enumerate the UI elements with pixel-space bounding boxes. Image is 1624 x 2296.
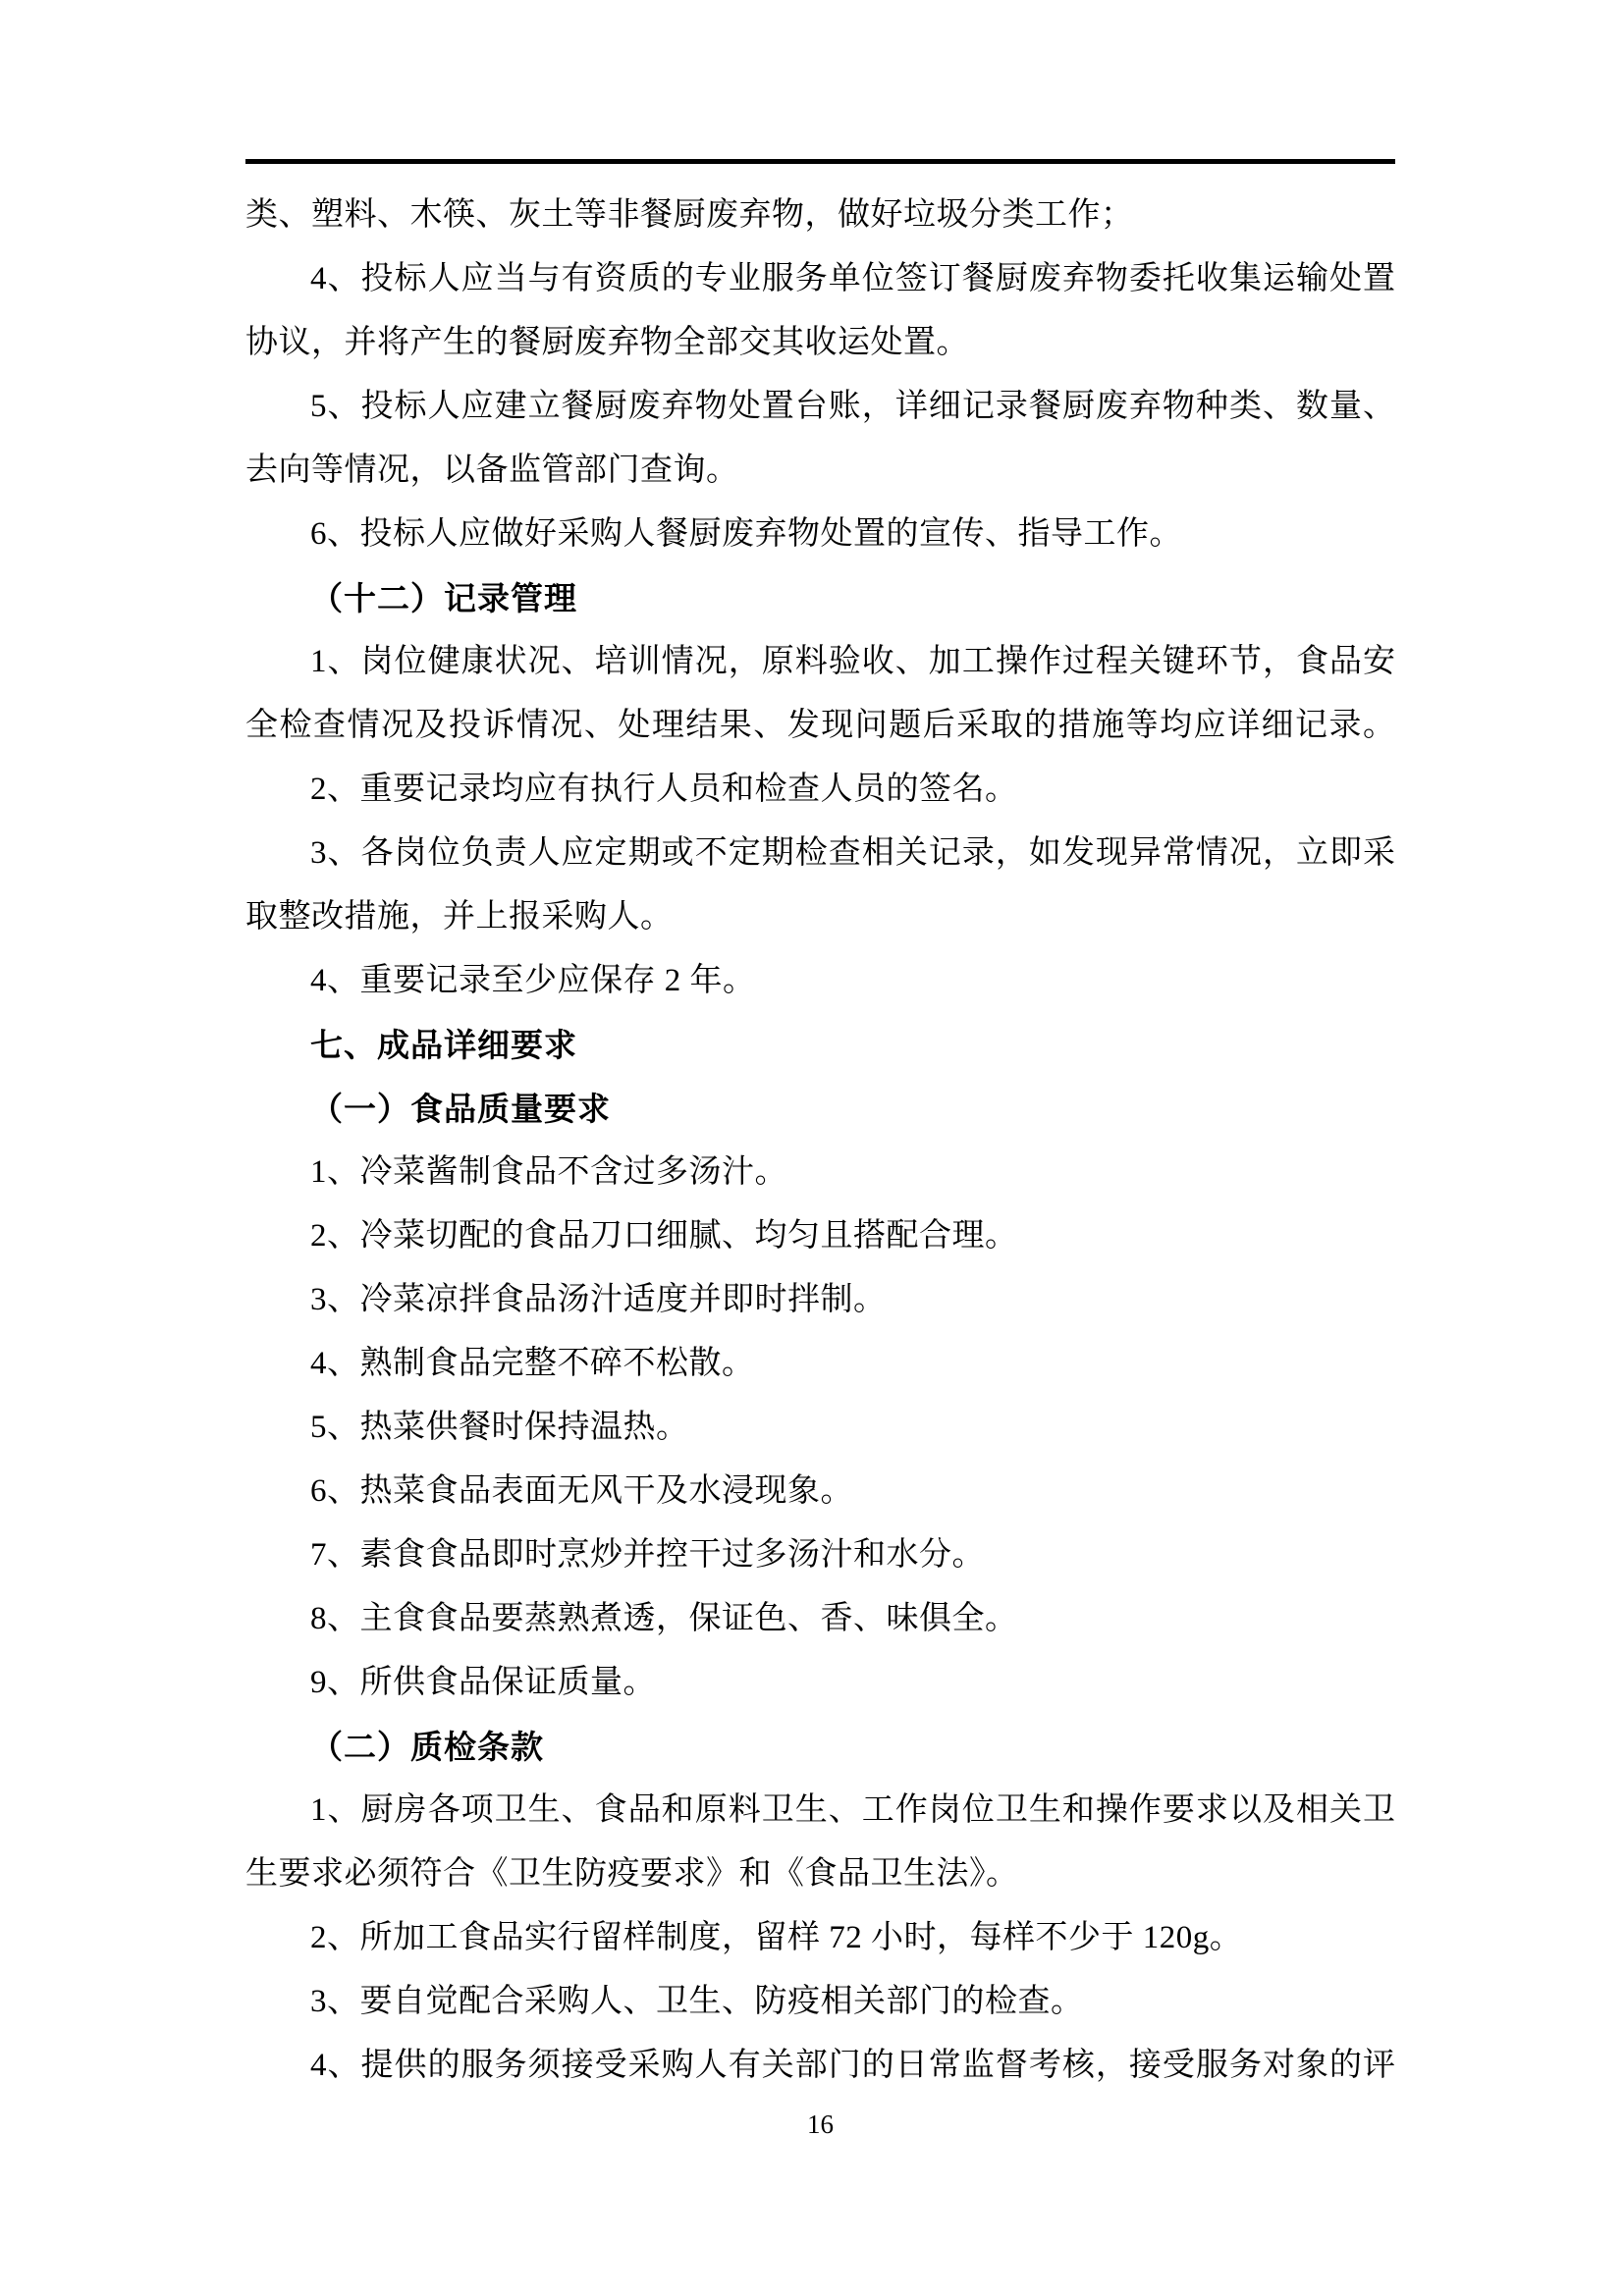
page-number: 16 (807, 2109, 834, 2139)
text-line: 4、投标人应当与有资质的专业服务单位签订餐厨废弃物委托收集运输处置 (245, 247, 1395, 311)
page-footer: 16 (245, 2109, 1395, 2140)
text-line: 1、冷菜酱制食品不含过多汤汁。 (245, 1141, 1395, 1204)
text-line: 6、投标人应做好采购人餐厨废弃物处置的宣传、指导工作。 (245, 503, 1395, 566)
text-line: 7、素食食品即时烹炒并控干过多汤汁和水分。 (245, 1523, 1395, 1587)
text-line: 1、厨房各项卫生、食品和原料卫生、工作岗位卫生和操作要求以及相关卫 (245, 1779, 1395, 1842)
text-line: 8、主食食品要蒸熟煮透，保证色、香、味俱全。 (245, 1587, 1395, 1651)
text-line: 4、熟制食品完整不碎不松散。 (245, 1332, 1395, 1396)
text-line: 2、重要记录均应有执行人员和检查人员的签名。 (245, 758, 1395, 822)
header-rule (245, 159, 1395, 164)
text-line: 去向等情况，以备监管部门查询。 (245, 439, 1395, 503)
text-line: 9、所供食品保证质量。 (245, 1651, 1395, 1715)
section-heading: 七、成品详细要求 (245, 1013, 1395, 1077)
section-heading: （一）食品质量要求 (245, 1077, 1395, 1141)
text-line: 协议，并将产生的餐厨废弃物全部交其收运处置。 (245, 311, 1395, 375)
text-line: 取整改措施，并上报采购人。 (245, 885, 1395, 949)
text-line: 5、热菜供餐时保持温热。 (245, 1396, 1395, 1460)
document-page: 类、塑料、木筷、灰土等非餐厨废弃物，做好垃圾分类工作；4、投标人应当与有资质的专… (0, 0, 1624, 2296)
text-line: 3、各岗位负责人应定期或不定期检查相关记录，如发现异常情况，立即采 (245, 822, 1395, 885)
text-line: 2、所加工食品实行留样制度，留样 72 小时，每样不少于 120g。 (245, 1906, 1395, 1970)
text-line: 4、提供的服务须接受采购人有关部门的日常监督考核，接受服务对象的评 (245, 2034, 1395, 2098)
text-line: 2、冷菜切配的食品刀口细腻、均匀且搭配合理。 (245, 1204, 1395, 1268)
text-line: 类、塑料、木筷、灰土等非餐厨废弃物，做好垃圾分类工作； (245, 184, 1395, 247)
section-heading: （二）质检条款 (245, 1715, 1395, 1779)
section-heading: （十二）记录管理 (245, 566, 1395, 630)
text-line: 1、岗位健康状况、培训情况，原料验收、加工操作过程关键环节，食品安 (245, 630, 1395, 694)
text-line: 5、投标人应建立餐厨废弃物处置台账，详细记录餐厨废弃物种类、数量、 (245, 375, 1395, 439)
text-line: 4、重要记录至少应保存 2 年。 (245, 949, 1395, 1013)
text-line: 6、热菜食品表面无风干及水浸现象。 (245, 1460, 1395, 1523)
text-line: 3、冷菜凉拌食品汤汁适度并即时拌制。 (245, 1268, 1395, 1332)
text-line: 生要求必须符合《卫生防疫要求》和《食品卫生法》。 (245, 1842, 1395, 1906)
text-line: 3、要自觉配合采购人、卫生、防疫相关部门的检查。 (245, 1970, 1395, 2034)
text-block: 类、塑料、木筷、灰土等非餐厨废弃物，做好垃圾分类工作；4、投标人应当与有资质的专… (245, 184, 1395, 2098)
text-line: 全检查情况及投诉情况、处理结果、发现问题后采取的措施等均应详细记录。 (245, 694, 1395, 758)
